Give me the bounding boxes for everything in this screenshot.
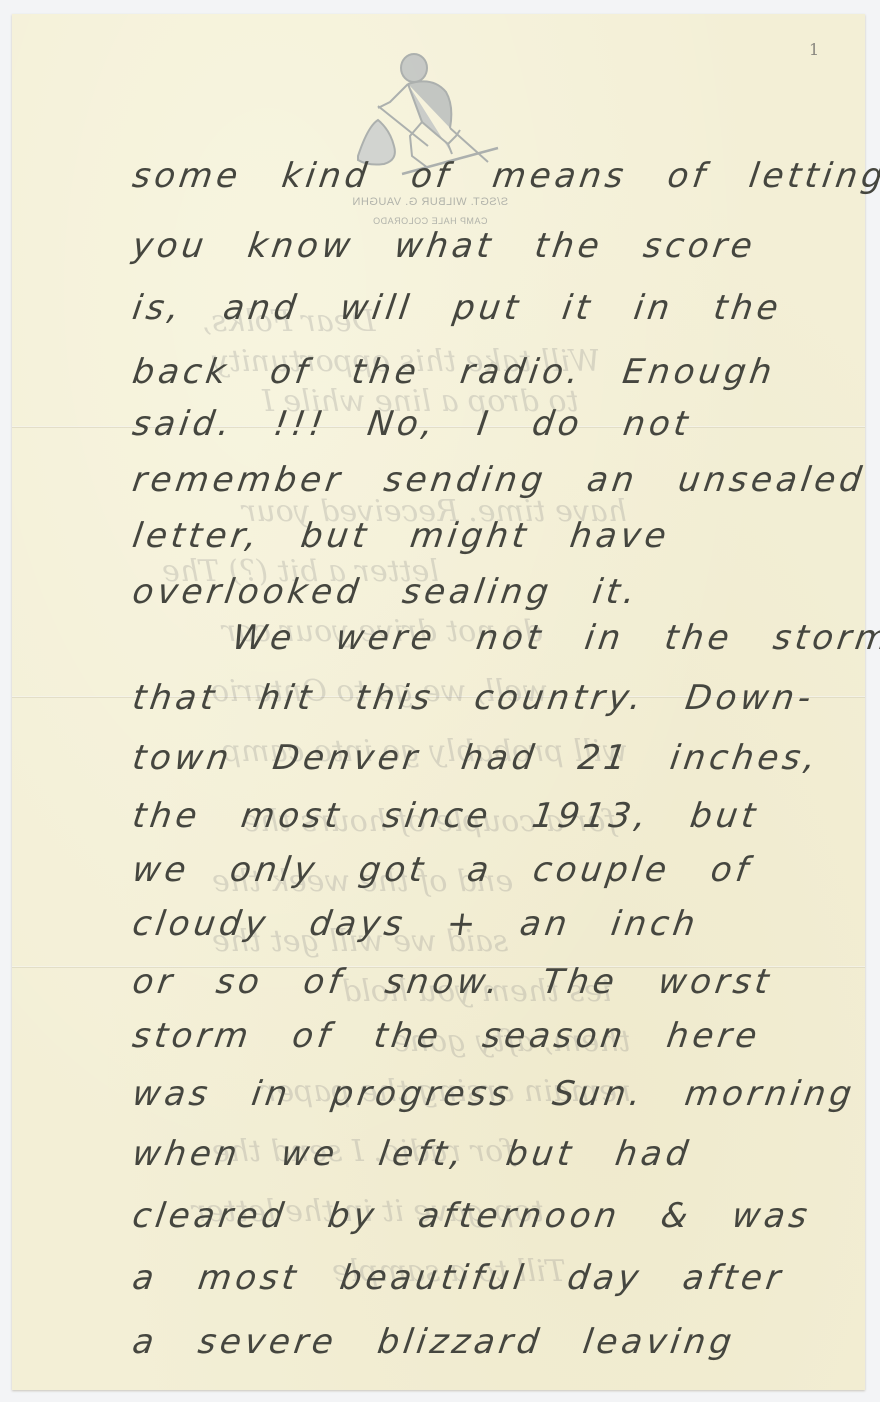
- handwritten-line: the most since 1913, but: [130, 796, 816, 836]
- handwritten-line: that hit this country. Down-: [130, 678, 816, 718]
- handwritten-line: We were not in the storm: [130, 618, 880, 658]
- handwritten-line: town Denver had 21 inches,: [130, 738, 816, 778]
- handwritten-line: a severe blizzard leaving: [130, 1322, 816, 1362]
- handwritten-line: storm of the season here: [130, 1016, 816, 1056]
- handwritten-line: or so of snow. The worst: [130, 962, 816, 1002]
- handwritten-line: when we left, but had: [130, 1134, 816, 1174]
- handwritten-line: some kind of means of letting: [130, 156, 816, 196]
- handwritten-line: cleared by afternoon & was: [130, 1196, 816, 1236]
- letter-body: some kind of means of letting you know w…: [0, 0, 880, 1402]
- handwritten-line: said. !!! No, I do not: [130, 404, 816, 444]
- handwritten-line: overlooked sealing it.: [130, 572, 816, 612]
- handwritten-line: was in progress Sun. morning: [130, 1074, 816, 1114]
- handwritten-line: you know what the score: [130, 226, 816, 266]
- handwritten-line: remember sending an unsealed: [130, 460, 816, 500]
- handwritten-line: cloudy days + an inch: [130, 904, 816, 944]
- handwritten-line: back of the radio. Enough: [130, 352, 816, 392]
- handwritten-line: we only got a couple of: [130, 850, 816, 890]
- handwritten-line: letter, but might have: [130, 516, 816, 556]
- handwritten-line: a most beautiful day after: [130, 1258, 816, 1298]
- handwritten-line: is, and will put it in the: [130, 288, 816, 328]
